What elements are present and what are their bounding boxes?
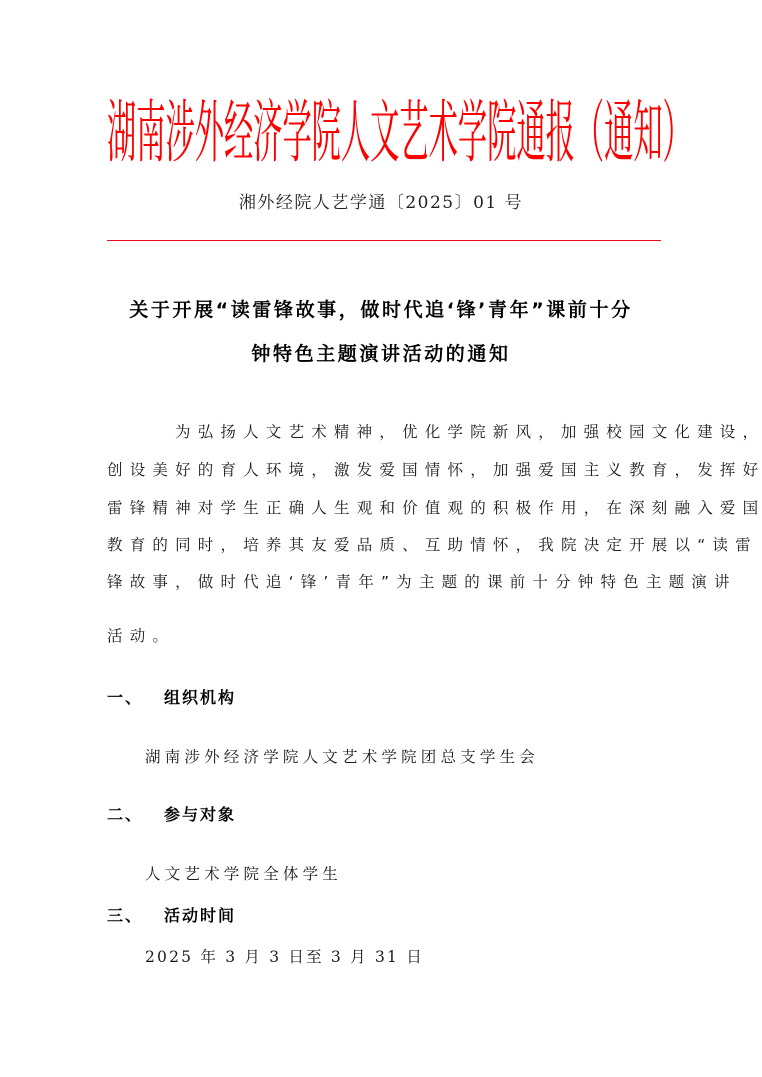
intro-line-3: 雷锋精神对学生正确人生观和价值观的积极作用，在深刻融入爱国 [107,496,667,520]
intro-line-6: 活动。 [107,624,667,648]
red-divider [107,240,661,241]
section-number: 三、 [107,904,143,928]
title-line-2: 钟特色主题演讲活动的通知 [0,340,762,368]
section-heading: 组织机构 [164,686,236,710]
intro-line-5: 锋故事，做时代追‘锋’青年”为主题的课前十分钟特色主题演讲 [107,570,667,594]
section-content: 湖南涉外经济学院人文艺术学院团总支学生会 [145,745,539,769]
section-heading: 活动时间 [164,904,236,928]
document-number: 湘外经院人艺学通〔2025〕01 号 [0,190,762,216]
masthead-title: 湖南涉外经济学院人文艺术学院通报（通知） [107,96,692,172]
intro-line-4: 教育的同时，培养其友爱品质、互助情怀，我院决定开展以“读雷 [107,533,667,557]
masthead: 湖南涉外经济学院人文艺术学院通报（通知） [107,96,662,172]
section-content: 2025 年 3 月 3 日至 3 月 31 日 [145,945,424,969]
section-heading: 参与对象 [164,803,236,827]
intro-line-2: 创设美好的育人环境，激发爱国情怀，加强爱国主义教育，发挥好 [107,458,667,482]
title-line-1: 关于开展“读雷锋故事，做时代追‘锋’青年”课前十分 [0,296,762,324]
intro-line-1: 为弘扬人文艺术精神，优化学院新风，加强校园文化建设， [175,420,735,444]
section-number: 一、 [107,686,143,710]
section-content: 人文艺术学院全体学生 [145,862,342,886]
section-number: 二、 [107,803,143,827]
